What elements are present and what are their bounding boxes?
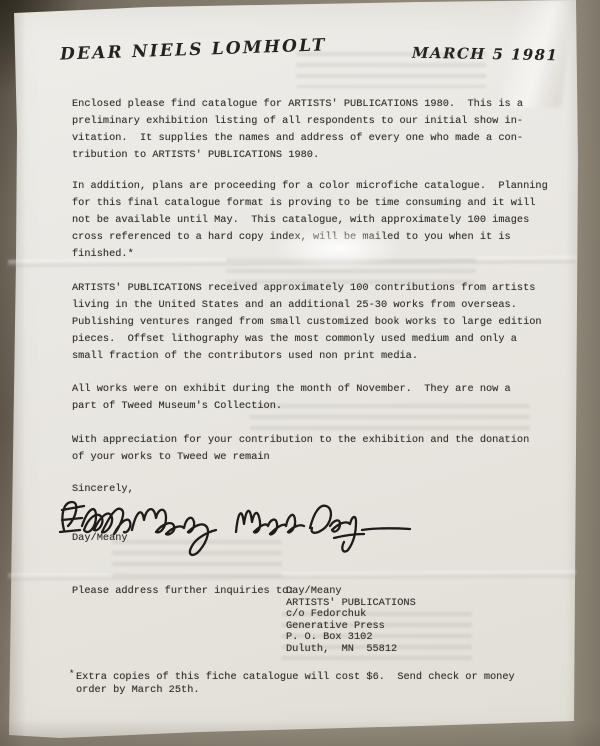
photo-surface: DEAR NIELS LOMHOLT MARCH 5 1981 Enclosed…	[0, 0, 600, 746]
paragraph-contributions: ARTISTS' PUBLICATIONS received approxima…	[72, 280, 574, 365]
inquiries-address: Day/Meany ARTISTS' PUBLICATIONS c/o Fedo…	[286, 586, 516, 656]
footnote: *Extra copies of this fiche catalogue wi…	[76, 671, 556, 697]
footnote-asterisk: *	[69, 668, 74, 681]
inquiries-label: Please address further inquiries to:	[72, 586, 294, 598]
signature-meany-day-handwritten	[58, 492, 420, 564]
paragraph-appreciation: With appreciation for your contribution …	[72, 432, 574, 466]
camera-glare-highlight	[272, 226, 402, 270]
handwritten-date: MARCH 5 1981	[412, 44, 559, 65]
paragraph-enclosed-catalogue: Enclosed please find catalogue for ARTIS…	[72, 96, 574, 164]
typed-signature-name: Day/Meany	[72, 532, 128, 545]
footnote-text: Extra copies of this fiche catalogue wil…	[76, 671, 515, 696]
paragraph-exhibit: All works were on exhibit during the mon…	[72, 381, 574, 415]
